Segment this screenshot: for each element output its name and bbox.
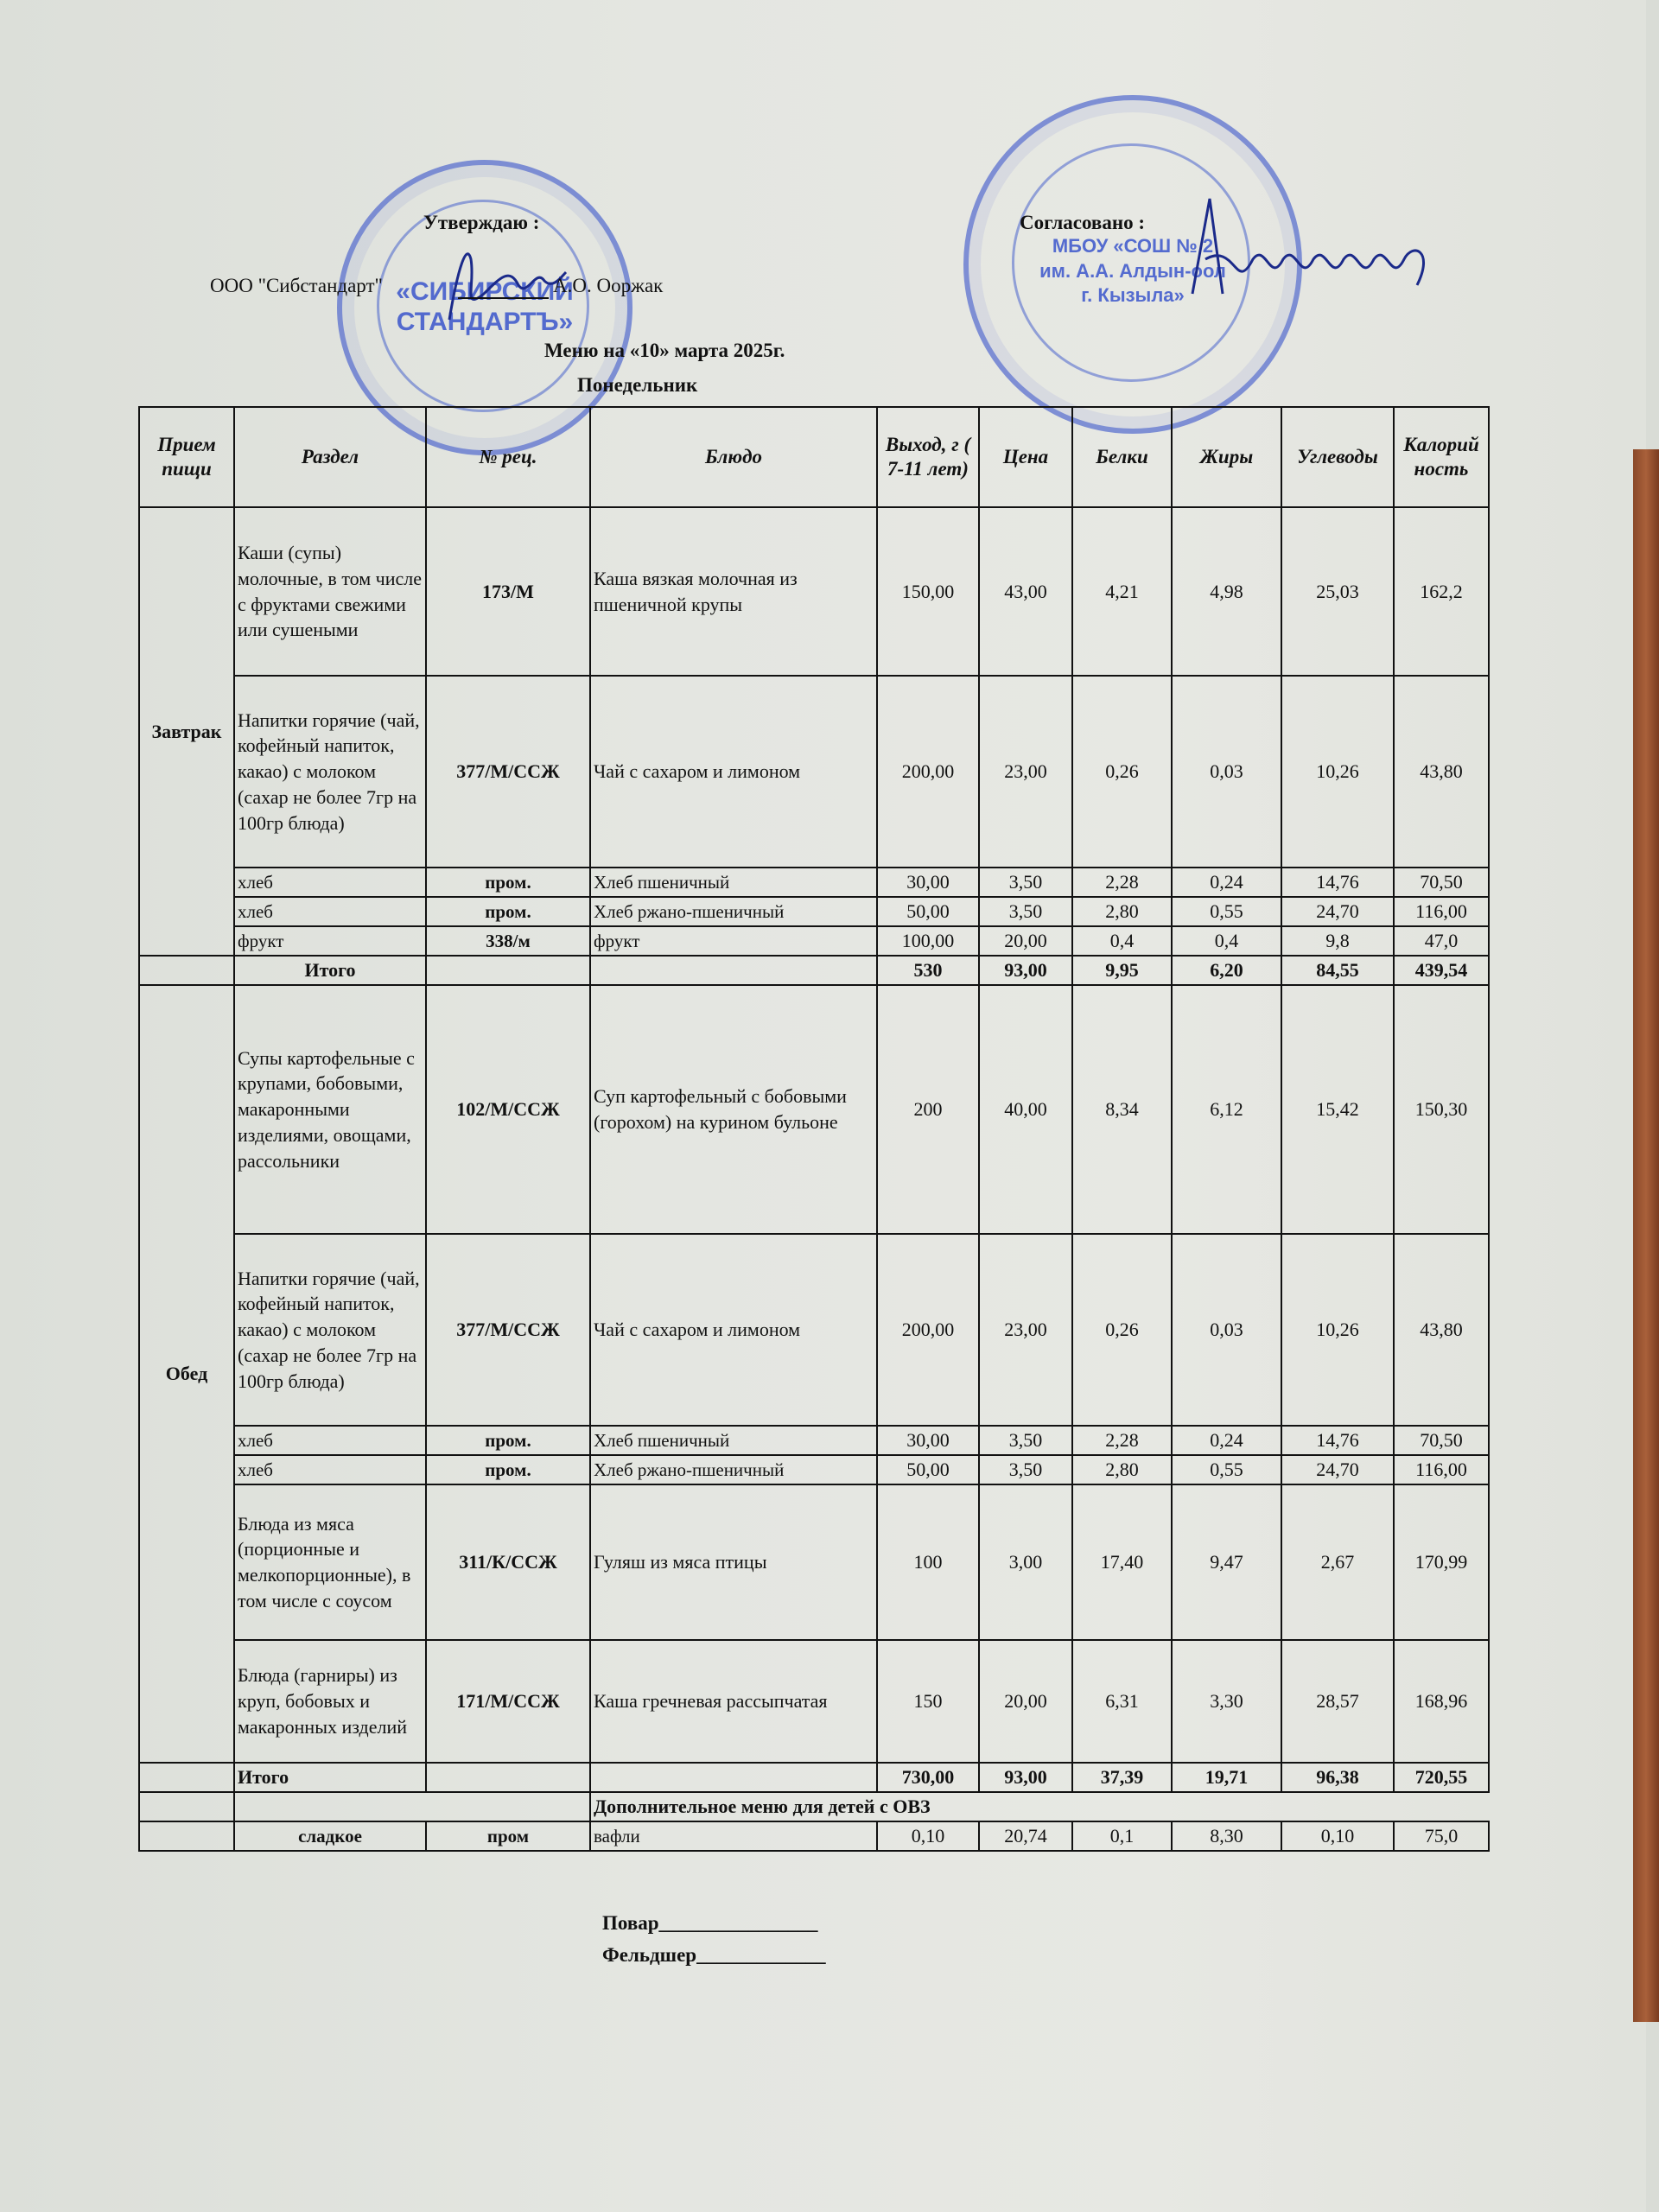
fat-cell: 9,47 (1172, 1484, 1281, 1640)
fat-cell: 0,55 (1172, 1455, 1281, 1484)
recipe-cell: пром. (426, 1426, 590, 1455)
table-row: фрукт 338/м фрукт 100,00 20,00 0,4 0,4 9… (139, 926, 1489, 956)
total-kcal: 720,55 (1394, 1763, 1489, 1792)
table-row: сладкое пром вафли 0,10 20,74 0,1 8,30 0… (139, 1821, 1489, 1851)
total-protein: 9,95 (1072, 956, 1172, 985)
meal-lunch: Обед (139, 985, 234, 1763)
recipe-cell: 338/м (426, 926, 590, 956)
section-cell: Блюда из мяса (порционные и мелкопорцион… (234, 1484, 426, 1640)
recipe-cell: 377/М/ССЖ (426, 1234, 590, 1426)
output-cell: 50,00 (877, 897, 979, 926)
dish-cell: Хлеб пшеничный (590, 868, 877, 897)
kcal-cell: 116,00 (1394, 897, 1489, 926)
section-cell: хлеб (234, 1426, 426, 1455)
output-cell: 200 (877, 985, 979, 1234)
col-header-meal: Прием пищи (139, 407, 234, 507)
output-cell: 200,00 (877, 1234, 979, 1426)
dish-cell: Каша гречневая рассыпчатая (590, 1640, 877, 1763)
dish-cell: Хлеб ржано-пшеничный (590, 897, 877, 926)
dish-cell: Суп картофельный с бобовыми (горохом) на… (590, 985, 877, 1234)
protein-cell: 6,31 (1072, 1640, 1172, 1763)
organization-name: ООО "Сибстандарт" (210, 275, 383, 297)
col-header-output: Выход, г ( 7-11 лет) (877, 407, 979, 507)
section-cell: хлеб (234, 868, 426, 897)
table-row: хлеб пром. Хлеб ржано-пшеничный 50,00 3,… (139, 1455, 1489, 1484)
weekday: Понедельник (577, 374, 697, 397)
price-cell: 23,00 (979, 676, 1072, 868)
empty-cell (426, 956, 590, 985)
table-row: Блюда из мяса (порционные и мелкопорцион… (139, 1484, 1489, 1640)
price-cell: 3,50 (979, 868, 1072, 897)
table-row: Блюда (гарниры) из круп, бобовых и макар… (139, 1640, 1489, 1763)
fat-cell: 0,55 (1172, 897, 1281, 926)
extra-menu-title-row: Дополнительное меню для детей с ОВЗ (139, 1792, 1489, 1821)
dish-cell: Чай с сахаром и лимоном (590, 676, 877, 868)
protein-cell: 0,26 (1072, 676, 1172, 868)
output-cell: 200,00 (877, 676, 979, 868)
wooden-table-edge (1633, 449, 1659, 2022)
dish-cell: фрукт (590, 926, 877, 956)
output-cell: 30,00 (877, 1426, 979, 1455)
total-protein: 37,39 (1072, 1763, 1172, 1792)
empty-cell (426, 1763, 590, 1792)
recipe-cell: 311/К/ССЖ (426, 1484, 590, 1640)
output-cell: 150,00 (877, 507, 979, 676)
lunch-total-row: Итого 730,00 93,00 37,39 19,71 96,38 720… (139, 1763, 1489, 1792)
table-row: хлеб пром. Хлеб пшеничный 30,00 3,50 2,2… (139, 1426, 1489, 1455)
empty-cell (590, 1763, 877, 1792)
col-header-protein: Белки (1072, 407, 1172, 507)
section-cell: Каши (супы) молочные, в том числе с фрук… (234, 507, 426, 676)
kcal-cell: 162,2 (1394, 507, 1489, 676)
fat-cell: 4,98 (1172, 507, 1281, 676)
price-cell: 40,00 (979, 985, 1072, 1234)
approver-signature-line (458, 297, 549, 299)
section-cell: фрукт (234, 926, 426, 956)
kcal-cell: 168,96 (1394, 1640, 1489, 1763)
menu-table: Прием пищи Раздел № рец. Блюдо Выход, г … (138, 406, 1490, 1852)
carbs-cell: 10,26 (1281, 676, 1394, 868)
empty-cell (590, 956, 877, 985)
col-header-price: Цена (979, 407, 1072, 507)
kcal-cell: 43,80 (1394, 1234, 1489, 1426)
protein-cell: 0,1 (1072, 1821, 1172, 1851)
extra-menu-title: Дополнительное меню для детей с ОВЗ (590, 1792, 1489, 1821)
price-cell: 20,74 (979, 1821, 1072, 1851)
section-cell: Блюда (гарниры) из круп, бобовых и макар… (234, 1640, 426, 1763)
protein-cell: 0,26 (1072, 1234, 1172, 1426)
kcal-cell: 70,50 (1394, 1426, 1489, 1455)
carbs-cell: 25,03 (1281, 507, 1394, 676)
approver-signature (432, 233, 570, 328)
recipe-cell: 171/М/ССЖ (426, 1640, 590, 1763)
dish-cell: вафли (590, 1821, 877, 1851)
output-cell: 50,00 (877, 1455, 979, 1484)
table-row: Завтрак Каши (супы) молочные, в том числ… (139, 507, 1489, 676)
carbs-cell: 2,67 (1281, 1484, 1394, 1640)
kcal-cell: 47,0 (1394, 926, 1489, 956)
recipe-cell: пром. (426, 897, 590, 926)
fat-cell: 0,4 (1172, 926, 1281, 956)
empty-cell (139, 1821, 234, 1851)
price-cell: 43,00 (979, 507, 1072, 676)
protein-cell: 2,28 (1072, 1426, 1172, 1455)
table-row: Напитки горячие (чай, кофейный напиток, … (139, 676, 1489, 868)
recipe-cell: 173/М (426, 507, 590, 676)
col-header-carbs: Углеводы (1281, 407, 1394, 507)
output-cell: 100 (877, 1484, 979, 1640)
agreement-signature (1184, 190, 1443, 311)
menu-title: Меню на «10» марта 2025г. (544, 340, 785, 362)
dish-cell: Хлеб пшеничный (590, 1426, 877, 1455)
carbs-cell: 24,70 (1281, 1455, 1394, 1484)
dish-cell: Хлеб ржано-пшеничный (590, 1455, 877, 1484)
empty-cell (139, 1763, 234, 1792)
section-cell: хлеб (234, 897, 426, 926)
carbs-cell: 24,70 (1281, 897, 1394, 926)
breakfast-total-row: Итого 530 93,00 9,95 6,20 84,55 439,54 (139, 956, 1489, 985)
recipe-cell: 102/М/ССЖ (426, 985, 590, 1234)
protein-cell: 17,40 (1072, 1484, 1172, 1640)
protein-cell: 2,28 (1072, 868, 1172, 897)
recipe-cell: пром (426, 1821, 590, 1851)
section-cell: хлеб (234, 1455, 426, 1484)
kcal-cell: 116,00 (1394, 1455, 1489, 1484)
recipe-cell: пром. (426, 868, 590, 897)
total-fat: 19,71 (1172, 1763, 1281, 1792)
fat-cell: 3,30 (1172, 1640, 1281, 1763)
table-row: хлеб пром. Хлеб ржано-пшеничный 50,00 3,… (139, 897, 1489, 926)
empty-cell (139, 956, 234, 985)
kcal-cell: 70,50 (1394, 868, 1489, 897)
carbs-cell: 9,8 (1281, 926, 1394, 956)
kcal-cell: 43,80 (1394, 676, 1489, 868)
table-header-row: Прием пищи Раздел № рец. Блюдо Выход, г … (139, 407, 1489, 507)
kcal-cell: 75,0 (1394, 1821, 1489, 1851)
kcal-cell: 150,30 (1394, 985, 1489, 1234)
section-cell: Супы картофельные с крупами, бобовыми, м… (234, 985, 426, 1234)
carbs-cell: 15,42 (1281, 985, 1394, 1234)
approved-label: Утверждаю : (423, 212, 539, 234)
section-cell: Напитки горячие (чай, кофейный напиток, … (234, 676, 426, 868)
fat-cell: 0,24 (1172, 868, 1281, 897)
total-price: 93,00 (979, 1763, 1072, 1792)
price-cell: 3,50 (979, 897, 1072, 926)
fat-cell: 0,24 (1172, 1426, 1281, 1455)
total-price: 93,00 (979, 956, 1072, 985)
price-cell: 23,00 (979, 1234, 1072, 1426)
table-row: Напитки горячие (чай, кофейный напиток, … (139, 1234, 1489, 1426)
fat-cell: 8,30 (1172, 1821, 1281, 1851)
total-output: 730,00 (877, 1763, 979, 1792)
col-header-dish: Блюдо (590, 407, 877, 507)
table-row: хлеб пром. Хлеб пшеничный 30,00 3,50 2,2… (139, 868, 1489, 897)
carbs-cell: 0,10 (1281, 1821, 1394, 1851)
dish-cell: Каша вязкая молочная из пшеничной крупы (590, 507, 877, 676)
output-cell: 0,10 (877, 1821, 979, 1851)
col-header-fat: Жиры (1172, 407, 1281, 507)
total-carbs: 96,38 (1281, 1763, 1394, 1792)
output-cell: 150 (877, 1640, 979, 1763)
total-kcal: 439,54 (1394, 956, 1489, 985)
empty-cell (139, 1792, 234, 1821)
price-cell: 20,00 (979, 1640, 1072, 1763)
kcal-cell: 170,99 (1394, 1484, 1489, 1640)
meal-breakfast: Завтрак (139, 507, 234, 956)
output-cell: 30,00 (877, 868, 979, 897)
paramedic-signature-line: Фельдшер_____________ (602, 1944, 826, 1967)
carbs-cell: 14,76 (1281, 868, 1394, 897)
protein-cell: 2,80 (1072, 897, 1172, 926)
carbs-cell: 14,76 (1281, 1426, 1394, 1455)
section-cell: Напитки горячие (чай, кофейный напиток, … (234, 1234, 426, 1426)
protein-cell: 0,4 (1072, 926, 1172, 956)
col-header-kcal: Калорий ность (1394, 407, 1489, 507)
price-cell: 3,50 (979, 1455, 1072, 1484)
fat-cell: 0,03 (1172, 676, 1281, 868)
total-label: Итого (234, 1763, 426, 1792)
output-cell: 100,00 (877, 926, 979, 956)
fat-cell: 0,03 (1172, 1234, 1281, 1426)
fat-cell: 6,12 (1172, 985, 1281, 1234)
empty-cell (234, 1792, 590, 1821)
price-cell: 20,00 (979, 926, 1072, 956)
approver-name: А.О. Ооржак (553, 275, 663, 297)
protein-cell: 8,34 (1072, 985, 1172, 1234)
col-header-recipe: № рец. (426, 407, 590, 507)
table-row: Обед Супы картофельные с крупами, бобовы… (139, 985, 1489, 1234)
total-output: 530 (877, 956, 979, 985)
dish-cell: Чай с сахаром и лимоном (590, 1234, 877, 1426)
col-header-section: Раздел (234, 407, 426, 507)
cook-signature-line: Повар________________ (602, 1912, 818, 1935)
total-label: Итого (234, 956, 426, 985)
agreed-label: Согласовано : (1020, 212, 1145, 234)
price-cell: 3,00 (979, 1484, 1072, 1640)
protein-cell: 4,21 (1072, 507, 1172, 676)
carbs-cell: 10,26 (1281, 1234, 1394, 1426)
carbs-cell: 28,57 (1281, 1640, 1394, 1763)
recipe-cell: пром. (426, 1455, 590, 1484)
recipe-cell: 377/М/ССЖ (426, 676, 590, 868)
total-carbs: 84,55 (1281, 956, 1394, 985)
dish-cell: Гуляш из мяса птицы (590, 1484, 877, 1640)
section-cell: сладкое (234, 1821, 426, 1851)
price-cell: 3,50 (979, 1426, 1072, 1455)
protein-cell: 2,80 (1072, 1455, 1172, 1484)
total-fat: 6,20 (1172, 956, 1281, 985)
